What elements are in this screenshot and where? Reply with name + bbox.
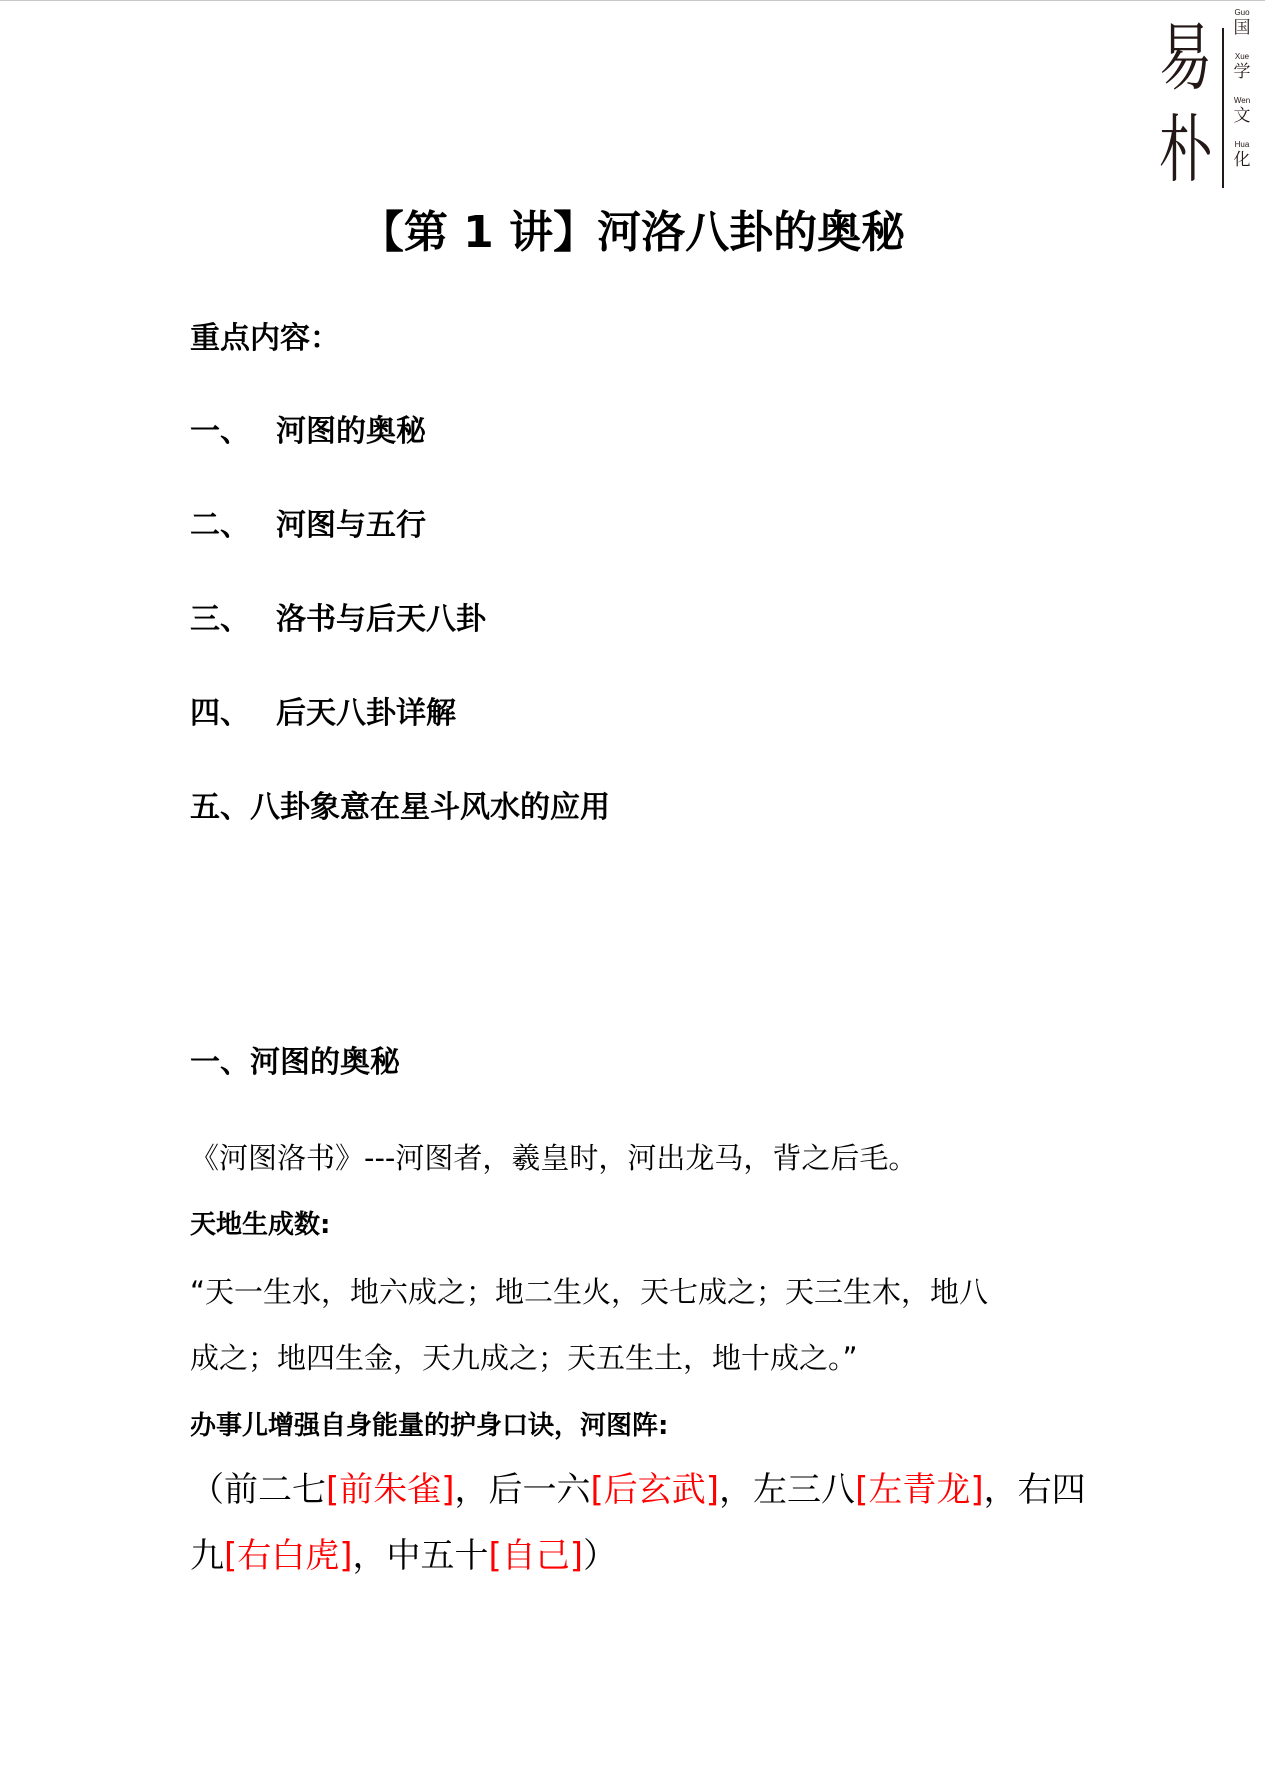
outline-item-number: 四、 — [190, 694, 276, 734]
mantra-text: （前二七 — [190, 1470, 326, 1510]
outline-item-5: 五、八卦象意在星斗风水的应用 — [190, 788, 610, 828]
mantra-text: ，中五十 — [353, 1536, 489, 1576]
mantra-highlight: [自己] — [489, 1536, 584, 1576]
outline-item-number: 三、 — [190, 600, 276, 640]
outline-heading: 重点内容： — [190, 319, 340, 359]
section-heading: 一、河图的奥秘 — [190, 1043, 400, 1083]
logo-char-guo: 国 — [1229, 18, 1255, 38]
outline-item-2: 二、河图与五行 — [190, 506, 426, 546]
outline-item-1: 一、河图的奥秘 — [190, 412, 426, 452]
mantra-text: ） — [583, 1536, 617, 1576]
outline-item-text: 河图与五行 — [276, 508, 426, 543]
mantra-line-2: 九[右白虎]，中五十[自己]） — [190, 1534, 617, 1578]
mantra-highlight: [左青龙] — [855, 1470, 984, 1510]
logo-char-xue: 学 — [1229, 62, 1255, 82]
mantra-label: 办事儿增强自身能量的护身口诀，河图阵: — [190, 1408, 668, 1444]
quote-line-2: 成之；地四生金，天九成之；天五生土，地十成之。” — [190, 1338, 858, 1378]
intro-paragraph: 《河图洛书》---河图者，羲皇时，河出龙马，背之后毛。 — [190, 1138, 917, 1178]
mantra-highlight: [后玄武] — [591, 1470, 720, 1510]
outline-item-text: 河图的奥秘 — [276, 414, 426, 449]
mantra-text: ，右四 — [984, 1470, 1086, 1510]
logo-char-pu: 朴 — [1159, 110, 1212, 190]
mantra-text: 九 — [190, 1536, 224, 1576]
mantra-text: ，后一六 — [455, 1470, 591, 1510]
mantra-highlight: [前朱雀] — [326, 1470, 455, 1510]
brand-logo: 易 朴 Guo 国 Xue 学 Wen 文 Hua 化 — [1155, 8, 1260, 203]
outline-item-text: 洛书与后天八卦 — [276, 602, 486, 637]
outline-item-text: 后天八卦详解 — [276, 696, 456, 731]
outline-item-number: 二、 — [190, 506, 276, 546]
logo-side-text: Guo 国 Xue 学 Wen 文 Hua 化 — [1229, 8, 1255, 184]
page-title: 【第 1 讲】河洛八卦的奥秘 — [0, 205, 1265, 261]
logo-pinyin-guo: Guo — [1229, 8, 1255, 18]
outline-item-number: 一、 — [190, 412, 276, 452]
logo-pinyin-wen: Wen — [1229, 96, 1255, 106]
numbers-label: 天地生成数: — [190, 1207, 330, 1243]
outline-item-3: 三、洛书与后天八卦 — [190, 600, 486, 640]
mantra-text: ，左三八 — [719, 1470, 855, 1510]
outline-item-text: 八卦象意在星斗风水的应用 — [250, 790, 610, 825]
page-top-border — [0, 0, 1265, 1]
mantra-highlight: [右白虎] — [224, 1536, 353, 1576]
outline-item-number: 五、 — [190, 788, 250, 828]
logo-pinyin-xue: Xue — [1229, 52, 1255, 62]
logo-pinyin-hua: Hua — [1229, 140, 1255, 150]
outline-item-4: 四、后天八卦详解 — [190, 694, 456, 734]
mantra-line-1: （前二七[前朱雀]，后一六[后玄武]，左三八[左青龙]，右四 — [190, 1468, 1086, 1512]
logo-char-yi: 易 — [1159, 18, 1212, 98]
logo-divider — [1222, 28, 1224, 188]
logo-char-hua: 化 — [1229, 150, 1255, 170]
logo-char-wen: 文 — [1229, 106, 1255, 126]
quote-line-1: “天一生水，地六成之；地二生火，天七成之；天三生木，地八 — [190, 1272, 988, 1312]
